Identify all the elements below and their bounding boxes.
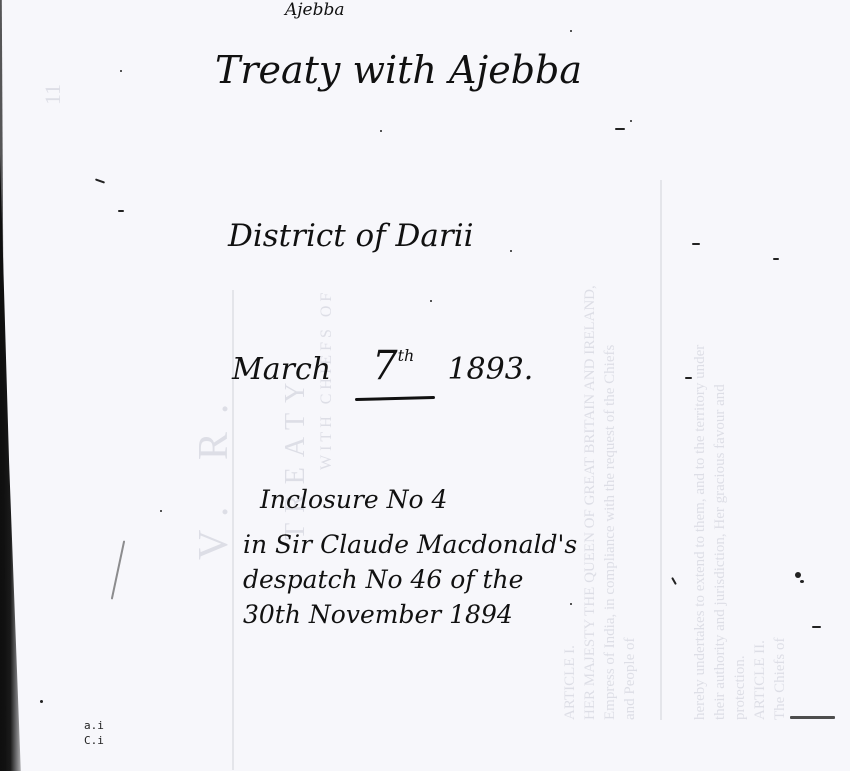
scan-speck <box>671 577 677 585</box>
scan-speck <box>685 377 692 379</box>
scan-speck <box>630 120 632 122</box>
scan-speck <box>800 580 804 583</box>
scan-speck <box>111 540 125 599</box>
corner-mark: a.i <box>84 719 104 732</box>
scan-speck <box>692 243 700 245</box>
document-title: Treaty with Ajebba <box>215 48 582 92</box>
district-heading: District of Darii <box>228 218 474 254</box>
scan-speck <box>118 210 124 212</box>
scan-speck <box>790 716 835 719</box>
bleed-through-heading: TREATY <box>280 373 312 540</box>
date-month: March <box>232 352 331 387</box>
scan-speck <box>570 30 572 32</box>
scan-speck <box>430 300 432 302</box>
pencil-annotation: Ajebba <box>285 0 345 20</box>
bleed-through-article-2: hereby undertakes to extend to them, and… <box>690 345 790 720</box>
bleed-chiefs-label: The Chiefs of <box>772 638 788 720</box>
scan-speck <box>120 70 122 72</box>
scan-speck <box>615 128 625 130</box>
scan-speck <box>40 700 43 703</box>
scan-speck <box>510 250 512 252</box>
treaty-date: March 7th 1893. <box>232 343 533 389</box>
bleed-article-1-line: HER MAJESTY THE QUEEN OF GREAT BRITAIN A… <box>582 285 598 720</box>
scanned-document-page: 11 V. R. TREATY WITH CHIEFS OF ARTICLE I… <box>0 0 850 771</box>
date-day: 7 <box>372 343 397 389</box>
enclosure-line: 30th November 1894 <box>243 600 513 629</box>
bleed-article-1-line: and People of <box>622 638 638 720</box>
bleed-through-crest-letters: V. R. <box>190 386 238 560</box>
enclosure-line: Inclosure No 4 <box>260 485 447 514</box>
scan-speck <box>160 510 162 512</box>
scan-speck <box>570 603 572 605</box>
date-year: 1893. <box>447 352 533 387</box>
scan-speck <box>773 258 779 260</box>
bleed-article-1-heading: ARTICLE I. <box>562 645 578 720</box>
bleed-article-1-line: Empress of India, in compliance with the… <box>602 345 618 720</box>
scan-speck <box>812 626 821 628</box>
bleed-through-page-number: 11 <box>40 84 66 105</box>
bleed-through-article-1: ARTICLE I. HER MAJESTY THE QUEEN OF GREA… <box>560 285 640 720</box>
date-underline <box>355 396 435 401</box>
scan-speck <box>380 130 382 132</box>
enclosure-line: in Sir Claude Macdonald's <box>243 530 577 559</box>
bleed-article-2-line: hereby undertakes to extend to them, and… <box>692 345 708 720</box>
bleed-article-2-heading: ARTICLE II. <box>752 640 768 720</box>
date-day-suffix: th <box>398 346 415 365</box>
bleed-article-2-line: protection. <box>732 655 748 720</box>
corner-mark: C.i <box>84 734 104 747</box>
bleed-article-2-line: their authority and jurisdiction, Her gr… <box>712 384 728 720</box>
bleed-through-rule <box>660 180 662 720</box>
corner-marks: a.i C.i <box>84 718 104 748</box>
scan-speck <box>795 572 801 578</box>
enclosure-line: despatch No 46 of the <box>243 565 523 594</box>
scan-speck <box>95 178 105 183</box>
